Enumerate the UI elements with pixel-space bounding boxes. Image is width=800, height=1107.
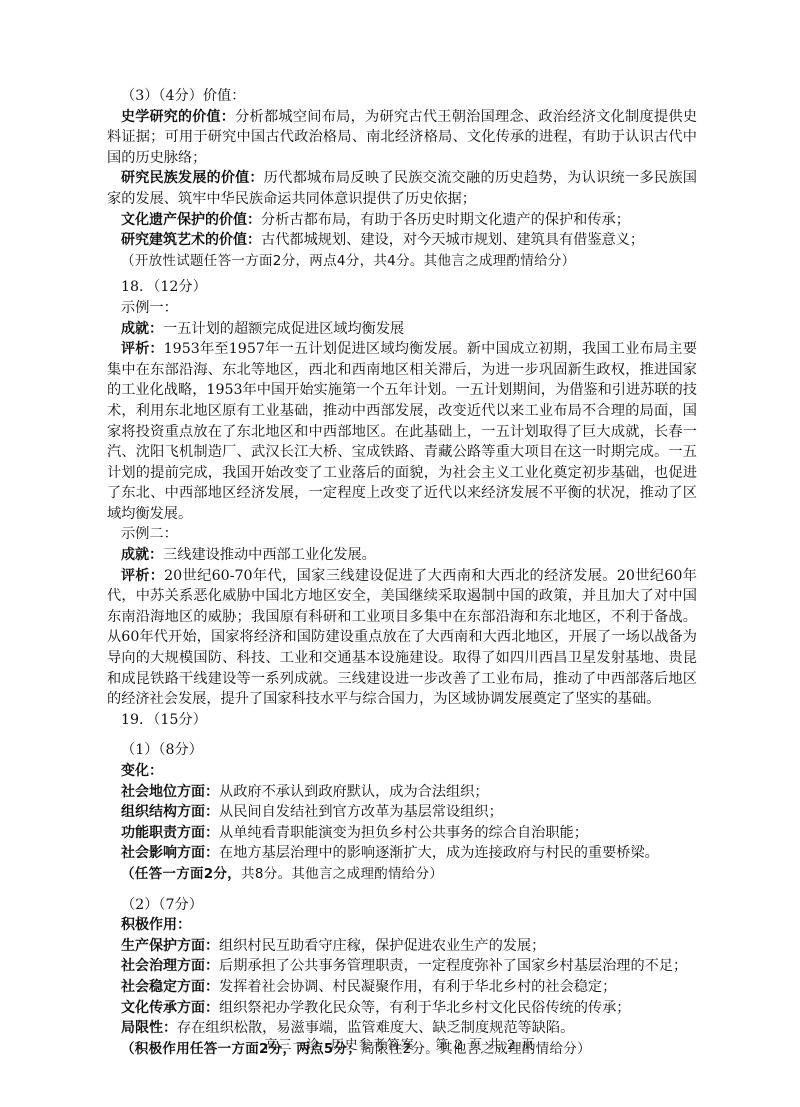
example2-achievement: 成就：三线建设推动中西部工业化发展。 xyxy=(107,545,697,566)
item-text: 分析古都布局，有助于各历史时期文化遗产的保护和传承； xyxy=(261,212,630,228)
effect-item: 生产保护方面：组织村民互助看守庄稼，保护促进农业生产的发展； xyxy=(107,936,697,957)
example1-achievement: 成就：一五计划的超额完成促进区域均衡发展 xyxy=(107,319,697,340)
item-text: 从单纯看青职能演变为担负乡村公共事务的综合自治职能； xyxy=(219,825,588,841)
effect-item: 文化传承方面：组织祭祀办学教化民众等，有利于华北乡村文化民俗传统的传承； xyxy=(107,998,697,1019)
value-item-architecture: 研究建筑艺术的价值：古代都城规划、建设，对今天城市规划、建筑具有借鉴意义； xyxy=(107,230,697,251)
item-label: 社会地位方面： xyxy=(121,784,219,800)
item-label: 研究建筑艺术的价值： xyxy=(121,232,261,248)
achievement-label: 成就： xyxy=(121,547,163,563)
item-label: 社会治理方面： xyxy=(121,958,219,974)
achievement-text: 三线建设推动中西部工业化发展。 xyxy=(163,547,376,563)
scoring-note: （任答一方面2分，共8分。其他言之成理酌情给分） xyxy=(107,864,697,885)
page-footer: 高三一诊 历史参考答案 第 2 页 共 2 页 xyxy=(0,1034,800,1053)
analysis-text: 1953年至1957年一五计划促进区域均衡发展。新中国成立初期，我国工业布局主要… xyxy=(107,341,697,522)
item-label: 生产保护方面： xyxy=(121,938,219,954)
example1-title: 示例一： xyxy=(107,298,697,319)
item-text: 在地方基层治理中的影响逐渐扩大，成为连接政府与村民的重要桥梁。 xyxy=(219,845,659,861)
item-label: 社会稳定方面： xyxy=(121,979,219,995)
value-item-ethnic: 研究民族发展的价值：历代都城布局反映了民族交流交融的历史趋势，为认识统一多民族国… xyxy=(107,168,697,209)
item-text: 古代都城规划、建设，对今天城市规划、建筑具有借鉴意义； xyxy=(261,232,644,248)
item-label: 功能职责方面： xyxy=(121,825,219,841)
change-item: 社会影响方面：在地方基层治理中的影响逐渐扩大，成为连接政府与村民的重要桥梁。 xyxy=(107,843,697,864)
q17-part3-heading: （3）（4分）价值： xyxy=(107,86,697,107)
q19-part2-subtitle: 积极作用： xyxy=(107,915,697,936)
item-label: 研究民族发展的价值： xyxy=(121,170,264,186)
note-rest: 共8分。其他言之成理酌情给分） xyxy=(241,866,443,882)
item-text: 组织祭祀办学教化民众等，有利于华北乡村文化民俗传统的传承； xyxy=(219,1000,630,1016)
example1-analysis: 评析：1953年至1957年一五计划促进区域均衡发展。新中国成立初期，我国工业布… xyxy=(107,339,697,524)
value-item-historical: 史学研究的价值：分析都城空间布局，为研究古代王朝治国理念、政治经济文化制度提供史… xyxy=(107,107,697,169)
scoring-note: （开放性试题任答一方面2分，两点4分，共4分。其他言之成理酌情给分） xyxy=(107,251,697,272)
answer-key-page: （3）（4分）价值： 史学研究的价值：分析都城空间布局，为研究古代王朝治国理念、… xyxy=(107,86,697,1059)
item-text: 从政府不承认到政府默认，成为合法组织； xyxy=(219,784,489,800)
item-label: 文化传承方面： xyxy=(121,1000,219,1016)
achievement-text: 一五计划的超额完成促进区域均衡发展 xyxy=(163,321,404,337)
analysis-label: 评析： xyxy=(121,341,164,357)
q18-heading: 18．（12分） xyxy=(107,277,697,298)
item-label: 组织结构方面： xyxy=(121,804,219,820)
achievement-label: 成就： xyxy=(121,321,163,337)
value-item-heritage: 文化遗产保护的价值：分析古都布局，有助于各历史时期文化遗产的保护和传承； xyxy=(107,210,697,231)
analysis-label: 评析： xyxy=(121,568,164,584)
q19-part1-heading: （1）（8分） xyxy=(107,740,697,761)
change-item: 功能职责方面：从单纯看青职能演变为担负乡村公共事务的综合自治职能； xyxy=(107,823,697,844)
q19-heading: 19．（15分） xyxy=(107,710,697,731)
q19-part1-subtitle: 变化： xyxy=(107,761,697,782)
note-bold: （任答一方面2分， xyxy=(121,866,241,882)
change-item: 组织结构方面：从民间自发结社到官方改革为基层常设组织； xyxy=(107,802,697,823)
item-text: 从民间自发结社到官方改革为基层常设组织； xyxy=(219,804,503,820)
effect-item: 社会稳定方面：发挥着社会协调、村民凝聚作用，有利于华北乡村的社会稳定； xyxy=(107,977,697,998)
item-text: 后期承担了公共事务管理职责，一定程度弥补了国家乡村基层治理的不足； xyxy=(219,958,687,974)
example2-title: 示例二： xyxy=(107,524,697,545)
analysis-text: 20世纪60-70年代，国家三线建设促进了大西南和大西北的经济发展。20世纪60… xyxy=(107,568,697,708)
item-label: 社会影响方面： xyxy=(121,845,219,861)
example2-analysis: 评析：20世纪60-70年代，国家三线建设促进了大西南和大西北的经济发展。20世… xyxy=(107,566,697,710)
change-item: 社会地位方面：从政府不承认到政府默认，成为合法组织； xyxy=(107,782,697,803)
effect-item: 社会治理方面：后期承担了公共事务管理职责，一定程度弥补了国家乡村基层治理的不足； xyxy=(107,956,697,977)
q19-part2-heading: （2）（7分） xyxy=(107,895,697,916)
item-text: 发挥着社会协调、村民凝聚作用，有利于华北乡村的社会稳定； xyxy=(219,979,616,995)
item-label: 史学研究的价值： xyxy=(121,109,235,125)
item-label: 文化遗产保护的价值： xyxy=(121,212,261,228)
item-text: 组织村民互助看守庄稼，保护促进农业生产的发展； xyxy=(219,938,545,954)
